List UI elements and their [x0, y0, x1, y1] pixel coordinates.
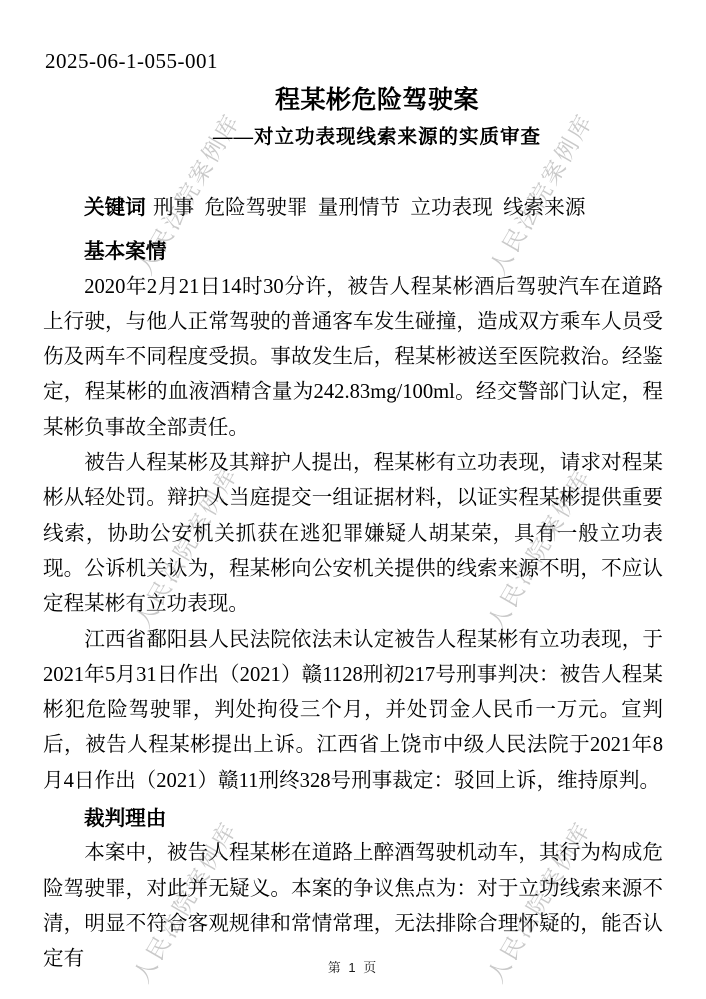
keyword-item: 线索来源 [503, 197, 585, 219]
keyword-item: 刑事 [153, 197, 194, 219]
keyword-item: 立功表现 [410, 197, 492, 219]
section-heading-basic-facts: 基本案情 [43, 234, 663, 269]
basic-facts-paragraph-3: 江西省鄱阳县人民法院依法未认定被告人程某彬有立功表现，于2021年5月31日作出… [43, 623, 663, 799]
case-title: 程某彬危险驾驶案 [24, 80, 706, 116]
basic-facts-paragraph-1: 2020年2月21日14时30分许，被告人程某彬酒后驾驶汽车在道路上行驶，与他人… [43, 270, 663, 446]
document-number: 2025-06-1-055-001 [45, 49, 218, 74]
section-heading-judgment-reasons: 裁判理由 [43, 801, 663, 836]
keyword-item: 危险驾驶罪 [204, 197, 307, 219]
document-page: 人民法院案例库 人民法院案例库 人民法院案例库 人民法院案例库 人民法院案例库 … [0, 0, 706, 999]
basic-facts-paragraph-2: 被告人程某彬及其辩护人提出，程某彬有立功表现，请求对程某彬从轻处罚。辩护人当庭提… [43, 446, 663, 622]
keyword-item: 量刑情节 [318, 197, 400, 219]
keywords-line: 关键词刑事危险驾驶罪量刑情节立功表现线索来源 [43, 190, 663, 226]
keywords-label: 关键词 [84, 196, 146, 219]
case-subtitle: ——对立功表现线索来源的实质审查 [24, 121, 706, 149]
page-number: 第 1 页 [0, 957, 706, 976]
document-body: 关键词刑事危险驾驶罪量刑情节立功表现线索来源 基本案情 2020年2月21日14… [43, 190, 663, 978]
